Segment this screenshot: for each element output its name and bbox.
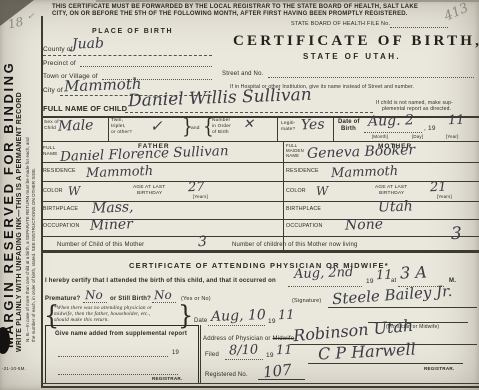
city-label: City of [43, 87, 63, 94]
father-name-label: FULL [43, 146, 56, 151]
stillbirth-blank [152, 302, 176, 303]
years-bracket-label: [Years] [193, 194, 208, 199]
father-age-value: 27 [188, 180, 205, 196]
margin-write-plainly-note: WRITE PLAINLY WITH UNFADING INK—THIS IS … [16, 92, 23, 352]
printed-19: 19 [268, 318, 276, 325]
father-occupation-label: OCCUPATION [43, 223, 80, 229]
registrar-signature-line [308, 363, 463, 364]
rule-line [41, 236, 479, 237]
father-name-label: NAME [43, 152, 58, 157]
supplemental-label: Give name added from supplemental report [48, 331, 194, 337]
mother-occupation-value: None [345, 216, 384, 233]
pencil-check-mark: ✓ [27, 12, 35, 22]
registrar-right-label: REGISTRAR. [424, 366, 454, 371]
no-attendant-note-line3: should make this return. [54, 317, 109, 323]
margin-nb-note-line1: N. B.—In case of more than one child at … [25, 137, 30, 342]
certificate-date-year: 11 [278, 308, 295, 324]
birth-order-label: Number [212, 118, 230, 123]
place-of-birth-heading: PLACE OF BIRTH [92, 28, 173, 35]
address-label-text: Address of Physician or [203, 336, 271, 342]
twin-label: Twin, [111, 118, 123, 123]
mother-birthplace-label: BIRTHPLACE [286, 206, 321, 212]
dob-blank [364, 132, 422, 133]
forwarding-notice-line2: CITY, ON OR BEFORE THE 5TH OF THE FOLLOW… [52, 11, 408, 17]
footer-divider [200, 325, 201, 384]
file-no-label: STATE BOARD OF HEALTH FILE No. [291, 21, 390, 27]
legitimate-label: Legiti- [281, 121, 295, 126]
children-living-value: 3 [451, 224, 463, 244]
mother-color-label: COLOR [286, 188, 306, 194]
child-name-value: Daniel Willis Sullivan [128, 85, 312, 111]
legitimate-label: mate? [281, 127, 295, 132]
father-age-label: BIRTHDAY [137, 191, 162, 196]
child-number-label: Number of Child of this Mother [57, 242, 144, 248]
filed-year-value: 11 [276, 343, 293, 359]
corner-pencil-number: 413 [442, 1, 471, 25]
father-color-value: W [68, 184, 81, 198]
mother-age-value: 21 [430, 180, 447, 196]
twin-label: triplet, [111, 124, 126, 129]
printed-19: 19 [366, 278, 374, 285]
sex-label: Sex of [44, 120, 59, 125]
certificate-date-value: Aug, 10 [211, 307, 266, 325]
child-name-note-line2: plemental report as directed. [382, 106, 451, 112]
certificate-date-blank [208, 325, 265, 326]
child-number-value: 3 [198, 234, 207, 250]
and-label: and [191, 126, 200, 131]
child-name-blank [125, 112, 373, 113]
printed-19: , 19 [424, 125, 436, 132]
margin-nb-note-line2: the number of each, in order of birth, s… [31, 168, 36, 342]
certificate-subtitle: STATE OF UTAH. [303, 52, 401, 61]
mother-residence-label: RESIDENCE [286, 168, 319, 174]
registered-no-label: Registered No. [205, 372, 248, 378]
rule-line [283, 141, 284, 251]
rule-line [41, 386, 479, 388]
father-residence-label: RESIDENCE [43, 168, 76, 174]
rule-line [41, 383, 479, 384]
birth-order-label: in Order [212, 124, 231, 129]
stillbirth-value: No [154, 288, 172, 303]
mother-name-value: Geneva Booker [307, 142, 416, 162]
rule-line [41, 181, 479, 182]
registered-no-line [258, 379, 305, 380]
street-blank [268, 77, 474, 78]
precinct-blank [80, 66, 212, 67]
margin-binding-note: MARGIN RESERVED FOR BINDING [1, 61, 16, 348]
signature-label: (Signature) [292, 298, 321, 304]
twin-check-mark: ✓ [150, 117, 163, 135]
children-living-label: Number of children of this Mother now li… [232, 242, 358, 248]
father-residence-value: Mammoth [86, 164, 154, 181]
registrar-left-blank [58, 374, 178, 375]
certify-statement: I hereby certify that I attended the bir… [45, 278, 276, 284]
county-label: County of [43, 46, 73, 53]
certificate-title: CERTIFICATE OF BIRTH, [233, 33, 479, 50]
month-bracket-label: [Month] [372, 134, 388, 139]
mother-residence-value: Mammoth [331, 164, 399, 181]
file-no-blank [390, 27, 448, 28]
birth-order-mark: ✕ [243, 117, 254, 132]
legitimate-value: Yes [301, 117, 325, 134]
stillbirth-label: or Still Birth? [110, 296, 151, 302]
date-of-birth-label: Date of [338, 119, 360, 125]
mother-birthplace-value: Utah [378, 198, 413, 215]
printed-19: 19 [266, 352, 274, 359]
forwarding-notice-line1: THIS CERTIFICATE MUST BE FORWARDED BY TH… [52, 4, 418, 10]
mother-occupation-label: OCCUPATION [286, 223, 323, 229]
precinct-label: Precinct of [43, 60, 76, 67]
year-bracket-label: [Year] [446, 134, 459, 139]
supplemental-blank [58, 356, 168, 357]
father-birthplace-value: Mass, [92, 199, 134, 216]
father-age-label: AGE AT LAST [133, 185, 165, 190]
rule-line [277, 116, 278, 141]
pencil-number: 18 [7, 15, 25, 32]
rule-line [333, 116, 334, 141]
date-of-birth-label: Birth [341, 126, 356, 132]
mother-color-value: W [316, 184, 329, 198]
rule-line [108, 116, 109, 141]
sex-label: Child [44, 126, 56, 131]
filed-date-value: 8/10 [229, 342, 259, 358]
father-color-label: COLOR [43, 188, 63, 194]
birth-order-label: of Birth [212, 130, 229, 135]
at-label: at [391, 278, 396, 284]
day-bracket-label: [Day] [412, 134, 423, 139]
address-label: Address of Physician or Midwife [203, 336, 294, 342]
premature-value: No [85, 288, 103, 303]
father-birthplace-label: BIRTHPLACE [43, 206, 78, 212]
street-label: Street and No. [222, 71, 264, 77]
father-occupation-value: Miner [90, 216, 133, 233]
occurred-time-value: 3 A [400, 263, 427, 283]
edge-shadow-top [96, 0, 479, 2]
county-blank [43, 55, 212, 56]
date-of-birth-year: 11 [448, 113, 465, 129]
printed-19: 19 [172, 350, 179, 356]
section-divider [41, 250, 479, 253]
twin-label: or other? [111, 130, 132, 135]
child-name-label: FULL NAME OF CHILD [43, 104, 127, 113]
occurred-date-blank [288, 286, 362, 287]
registrar-left-label: REGISTRAR. [152, 376, 182, 381]
birth-certificate-scan: MARGIN RESERVED FOR BINDING WRITE PLAINL… [0, 0, 479, 390]
registrar-signature-value: C P Harwell [318, 339, 417, 363]
date-label: Date [194, 318, 207, 324]
premature-blank [83, 302, 107, 303]
print-code: -21-10-5M. [2, 366, 26, 371]
sex-value: Male [58, 117, 94, 134]
county-value: Juab [72, 35, 104, 52]
mother-age-label: AGE AT LAST [375, 185, 407, 190]
mother-name-label: NAME [286, 153, 299, 158]
years-bracket-label: [Years] [437, 194, 452, 199]
date-of-birth-value: Aug. 2 [368, 112, 414, 130]
occurred-date-value: Aug, 2nd [294, 265, 354, 282]
signature-line [328, 307, 477, 308]
filed-label: Filed [205, 352, 219, 358]
filed-blank [225, 359, 263, 360]
address-label-struck: Midwife [273, 336, 295, 342]
mother-age-label: BIRTHDAY [379, 191, 404, 196]
